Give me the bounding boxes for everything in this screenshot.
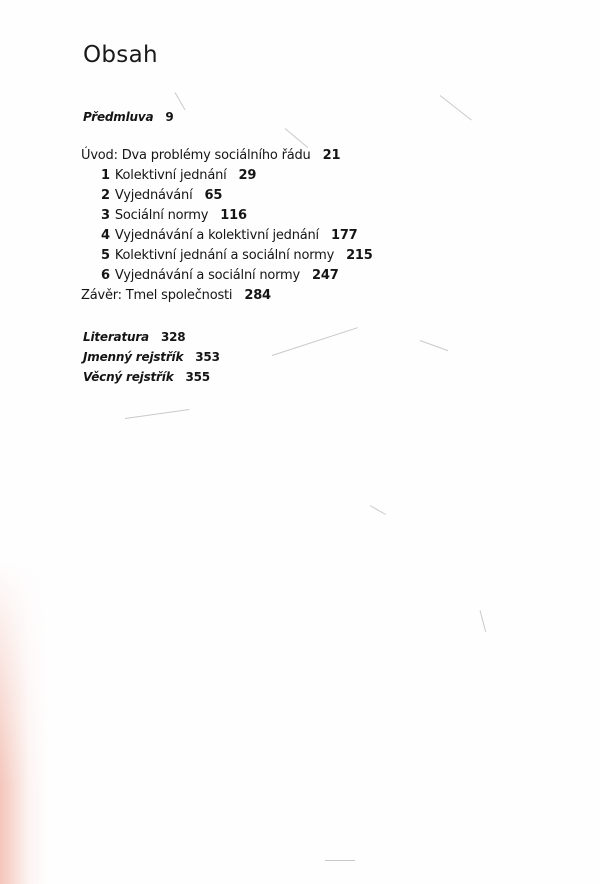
toc-entry-page: 177: [331, 228, 358, 243]
toc-entry-chapter: 5Kolektivní jednání a sociální normy215: [101, 246, 373, 266]
toc-entry-page: 116: [220, 208, 247, 223]
toc-entry-label: Věcný rejstřík: [83, 370, 173, 384]
toc-entry-chapter: 1Kolektivní jednání29: [101, 166, 256, 186]
toc-entry-label: Kolektivní jednání a sociální normy: [115, 248, 334, 263]
toc-entry-label: Jmenný rejstřík: [83, 350, 183, 364]
scan-speck: [480, 610, 487, 632]
toc-entry-back-matter: Jmenný rejstřík353: [83, 347, 220, 368]
chapter-number: 6: [101, 268, 110, 283]
scan-speck: [440, 95, 472, 120]
toc-entry-chapter: 4Vyjednávání a kolektivní jednání177: [101, 226, 358, 246]
toc-entry-label: Úvod: Dva problémy sociálního řádu: [81, 148, 311, 163]
scan-speck: [420, 340, 449, 351]
toc-entry-chapter: 3Sociální normy116: [101, 206, 247, 226]
toc-entry-preface: Předmluva9: [83, 107, 174, 128]
toc-entry-page: 247: [312, 268, 339, 283]
toc-entry-page: 355: [185, 370, 209, 384]
scan-speck: [370, 505, 386, 515]
scan-speck: [175, 92, 186, 110]
toc-entry-chapter: 2Vyjednávání65: [101, 186, 222, 206]
toc-entry-label: Sociální normy: [115, 208, 208, 223]
toc-entry-page: 21: [323, 148, 341, 163]
chapter-number: 2: [101, 188, 110, 203]
toc-entry-label: Literatura: [83, 330, 149, 344]
toc-entry-label: Kolektivní jednání: [115, 168, 227, 183]
toc-entry-back-matter: Literatura328: [83, 327, 185, 348]
toc-entry-page: 328: [161, 330, 185, 344]
page-edge-tint: [0, 560, 48, 884]
scan-speck: [325, 860, 355, 861]
toc-entry-page: 29: [239, 168, 257, 183]
toc-entry-label: Předmluva: [83, 110, 153, 124]
toc-entry-page: 65: [204, 188, 222, 203]
chapter-number: 4: [101, 228, 110, 243]
toc-entry-chapter: 6Vyjednávání a sociální normy247: [101, 266, 339, 286]
toc-entry-page: 215: [346, 248, 373, 263]
toc-entry-page: 284: [244, 288, 271, 303]
scan-speck: [125, 409, 190, 419]
chapter-number: 5: [101, 248, 110, 263]
page-title: Obsah: [83, 42, 158, 68]
chapter-number: 3: [101, 208, 110, 223]
scan-speck: [272, 327, 358, 356]
toc-entry-conclusion: Závěr: Tmel společnosti284: [81, 286, 271, 306]
toc-entry-label: Vyjednávání a kolektivní jednání: [115, 228, 319, 243]
toc-entry-page: 353: [195, 350, 219, 364]
toc-entry-label: Vyjednávání a sociální normy: [115, 268, 300, 283]
toc-entry-label: Vyjednávání: [115, 188, 193, 203]
toc-entry-back-matter: Věcný rejstřík355: [83, 367, 210, 388]
chapter-number: 1: [101, 168, 110, 183]
toc-entry-page: 9: [165, 110, 173, 124]
toc-entry-introduction: Úvod: Dva problémy sociálního řádu21: [81, 146, 340, 166]
toc-entry-label: Závěr: Tmel společnosti: [81, 288, 232, 303]
